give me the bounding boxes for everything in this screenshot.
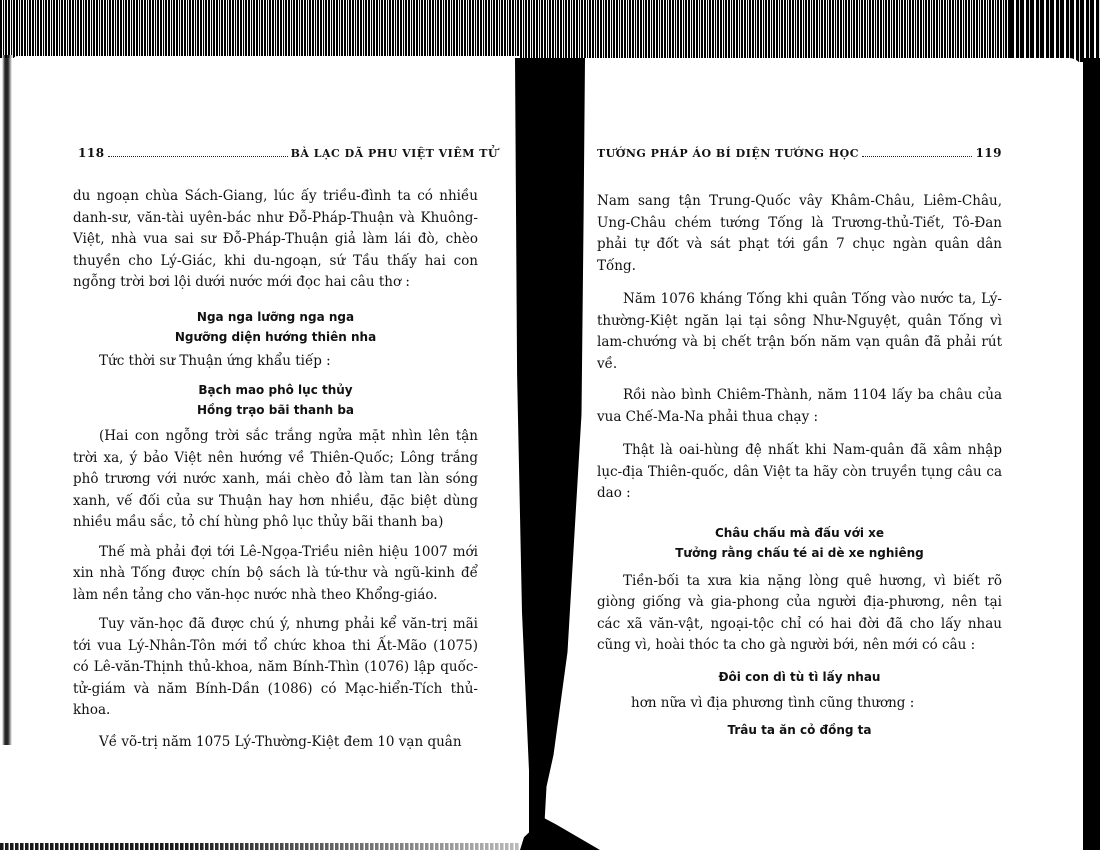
paragraph: Tiền-bối ta xưa kia nặng lòng quê hương,… [597, 571, 1002, 657]
scan-top-band [0, 0, 1100, 58]
scan-bottom-strip-fade [180, 843, 520, 850]
right-running-head: TƯỚNG PHÁP ÁO BÍ DIỆN TƯỚNG HỌC 119 [597, 146, 1002, 160]
verse-line: Nga nga lưỡng nga nga [73, 307, 478, 327]
paragraph: Về võ-trị năm 1075 Lý-Thường-Kiệt đem 10… [73, 732, 478, 754]
paragraph: (Hai con ngỗng trời sắc trắng ngửa mặt n… [73, 426, 478, 534]
left-page-edge-shadow [2, 55, 12, 745]
paragraph: du ngoạn chùa Sách-Giang, lúc ấy triều-đ… [73, 186, 478, 294]
verse-line: Hồng trạo bãi thanh ba [73, 400, 478, 420]
scan-top-band-right [1010, 0, 1100, 62]
running-head-rule [862, 155, 972, 157]
verse-line: Bạch mao phô lục thủy [73, 380, 478, 400]
left-running-head-title: BÀ LẠC DÃ PHU VIỆT VIÊM TỬ [291, 147, 498, 160]
verse-line: Trâu ta ăn cỏ đồng ta [597, 720, 1002, 740]
left-running-head: 118 BÀ LẠC DÃ PHU VIỆT VIÊM TỬ [78, 146, 498, 160]
verse-line: Đôi con dì tù tì lấy nhau [597, 667, 1002, 687]
paragraph: hơn nữa vì địa phương tình cũng thương : [597, 693, 1002, 715]
book-gutter-shadow [515, 58, 585, 850]
paragraph: Năm 1076 kháng Tống khi quân Tống vào nư… [597, 289, 1002, 375]
verse-line: Ngưỡng diện hướng thiên nha [73, 327, 478, 347]
right-page-number: 119 [975, 146, 1002, 160]
right-running-head-title: TƯỚNG PHÁP ÁO BÍ DIỆN TƯỚNG HỌC [597, 147, 859, 160]
right-page-body: Nam sang tận Trung-Quốc vây Khâm-Châu, L… [597, 191, 1002, 740]
verse-line: Tưởng rằng chấu té ai dè xe nghiêng [597, 543, 1002, 563]
right-scan-border [1083, 58, 1100, 850]
paragraph: Tuy văn-học đã được chú ý, nhưng phải kể… [73, 614, 478, 722]
verse-line: Châu chấu mà đấu với xe [597, 523, 1002, 543]
paragraph: Thật là oai-hùng đệ nhất khi Nam-quân đã… [597, 440, 1002, 505]
paragraph: Rồi nào bình Chiêm-Thành, năm 1104 lấy b… [597, 385, 1002, 428]
paragraph: Nam sang tận Trung-Quốc vây Khâm-Châu, L… [597, 191, 1002, 277]
left-page-number: 118 [78, 146, 105, 160]
left-page-body: du ngoạn chùa Sách-Giang, lúc ấy triều-đ… [73, 186, 478, 753]
paragraph: Tức thời sư Thuận ứng khẩu tiếp : [73, 351, 478, 373]
running-head-rule [108, 155, 288, 157]
paragraph: Thế mà phải đợi tới Lê-Ngọa-Triều niên h… [73, 542, 478, 607]
